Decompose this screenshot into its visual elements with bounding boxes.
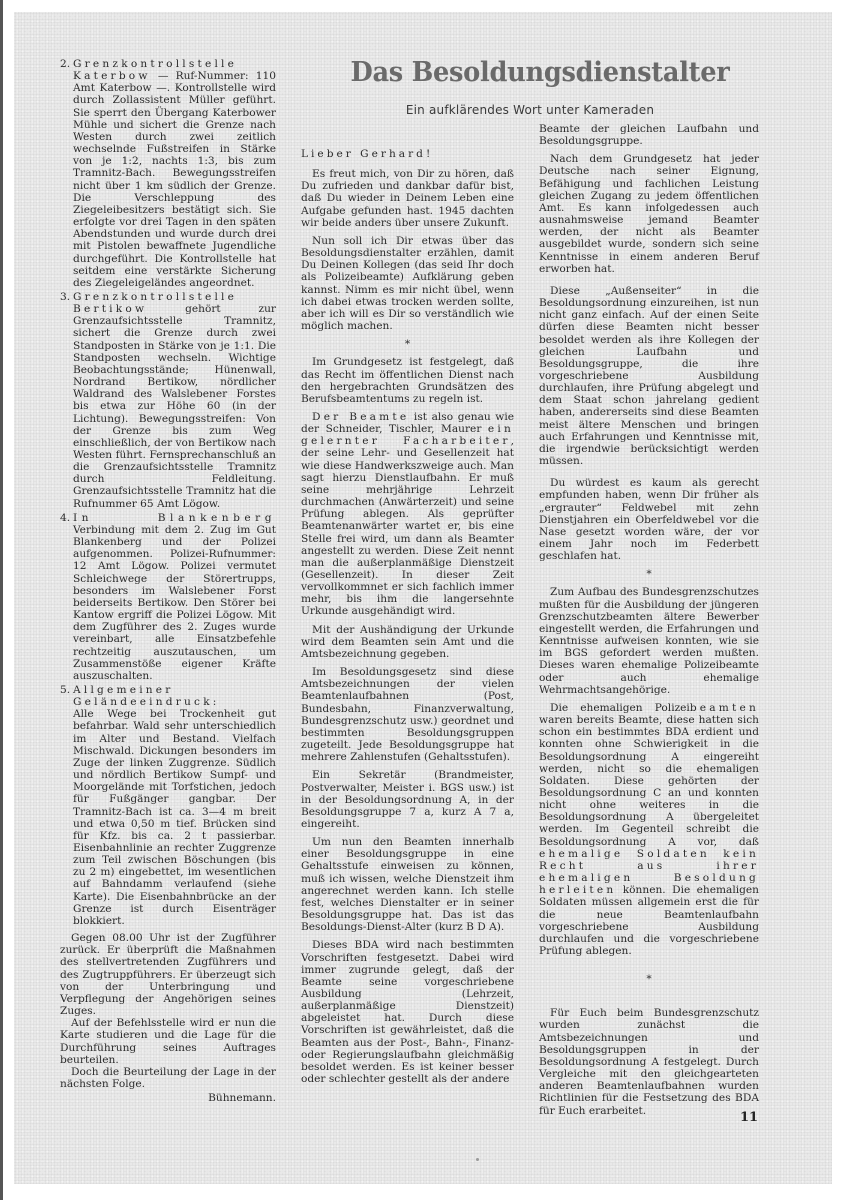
item-lead: Allgemeiner Geländeeindruck: [73,684,276,708]
list-item: 2. Grenzkontrollstelle Katerbow — Ruf-Nu… [60,58,276,289]
paragraph: Doch die Beurteilung der Lage in der näc… [60,1066,276,1090]
item-lead: In Blankenberg [73,512,276,524]
paragraph: Im Grundgesetz ist festgelegt, daß das R… [301,356,514,405]
item-number: 2. [60,58,73,289]
salutation: Lieber Gerhard! [301,148,514,160]
item-text: Verbindung mit dem 2. Zug im Gut Blanken… [73,524,276,682]
text-run: waren bereits Beamte, diese hatten sich … [539,714,759,848]
paragraph: Der Beamte ist also genau wie der Schnei… [301,411,514,618]
paragraph: Diese „Außenseiter“ in die Besoldungsord… [539,285,759,467]
article-title: Das Besoldungsdienstalter [350,57,730,88]
item-text: — Ruf-Nummer: 110 Amt Katerbow —. Kontro… [73,70,276,289]
item-number: 4. [60,512,73,682]
column-left: 2. Grenzkontrollstelle Katerbow — Ruf-Nu… [60,58,276,1104]
item-body: In Blankenberg Verbindung mit dem 2. Zug… [73,512,276,682]
paragraph: Ein Sekretär (Brandmeister, Postverwalte… [301,769,514,830]
item-text: Alle Wege bei Trockenheit gut befahrbar.… [73,708,276,927]
item-text: gehört zur Grenzaufsichtsstelle Tramnitz… [73,303,276,510]
column-middle: Lieber Gerhard! Es freut mich, von Dir z… [301,148,514,1091]
paragraph: Um nun den Beamten innerhalb einer Besol… [301,836,514,933]
list-item: 5. Allgemeiner Geländeeindruck:Alle Wege… [60,684,276,927]
paragraph: Es freut mich, von Dir zu hören, daß Du … [301,168,514,229]
paragraph: Nun soll ich Dir etwas über das Besoldun… [301,235,514,332]
item-body: Allgemeiner Geländeeindruck:Alle Wege be… [73,684,276,927]
scan-edge [0,0,3,1200]
list-item: 3. Grenzkontrollstelle Bertikow gehört z… [60,291,276,510]
section-separator: * [301,338,514,350]
item-number: 5. [60,684,73,927]
scan-speck [476,1158,479,1161]
paragraph: Im Besoldungsgesetz sind diese Amtsbezei… [301,666,514,763]
text-run: , der seine Lehr- und Gesellenzeit hat w… [301,435,514,617]
article-subtitle: Ein aufklärendes Wort unter Kameraden [380,103,680,117]
text-run: Die ehemaligen Polizei [550,702,690,714]
section-separator: * [539,568,759,580]
paragraph: Zum Aufbau des Bundesgrenzschutzes mußte… [539,586,759,695]
paragraph: Du würdest es kaum als gerecht empfunden… [539,477,759,562]
item-body: Grenzkontrollstelle Bertikow gehört zur … [73,291,276,510]
paragraph: Nach dem Grundgesetz hat jeder Deutsche … [539,153,759,275]
emphasis: beamten [690,702,759,714]
paragraph-continuation: Beamte der gleichen Laufbahn und Besoldu… [539,123,759,147]
item-body: Grenzkontrollstelle Katerbow — Ruf-Numme… [73,58,276,289]
list-item: 4. In Blankenberg Verbindung mit dem 2. … [60,512,276,682]
author-signature: Bühnemann. [60,1092,276,1104]
column-right: Beamte der gleichen Laufbahn und Besoldu… [539,123,759,1123]
paragraph: Für Euch beim Bundesgrenzschutz wurden z… [539,1007,759,1116]
emphasis: Der Beamte [312,411,409,423]
paragraph: Die ehemaligen Polizeibeamten waren bere… [539,702,759,957]
paragraph: Gegen 08.00 Uhr ist der Zugführer zurück… [60,932,276,1017]
item-number: 3. [60,291,73,510]
paragraph: Dieses BDA wird nach bestimmten Vorschri… [301,939,514,1085]
paragraph: Auf der Befehlsstelle wird er nun die Ka… [60,1017,276,1066]
paragraph: Mit der Aushändigung der Urkunde wird de… [301,624,514,660]
section-separator: * [539,973,759,985]
page-number: 11 [740,1110,758,1125]
